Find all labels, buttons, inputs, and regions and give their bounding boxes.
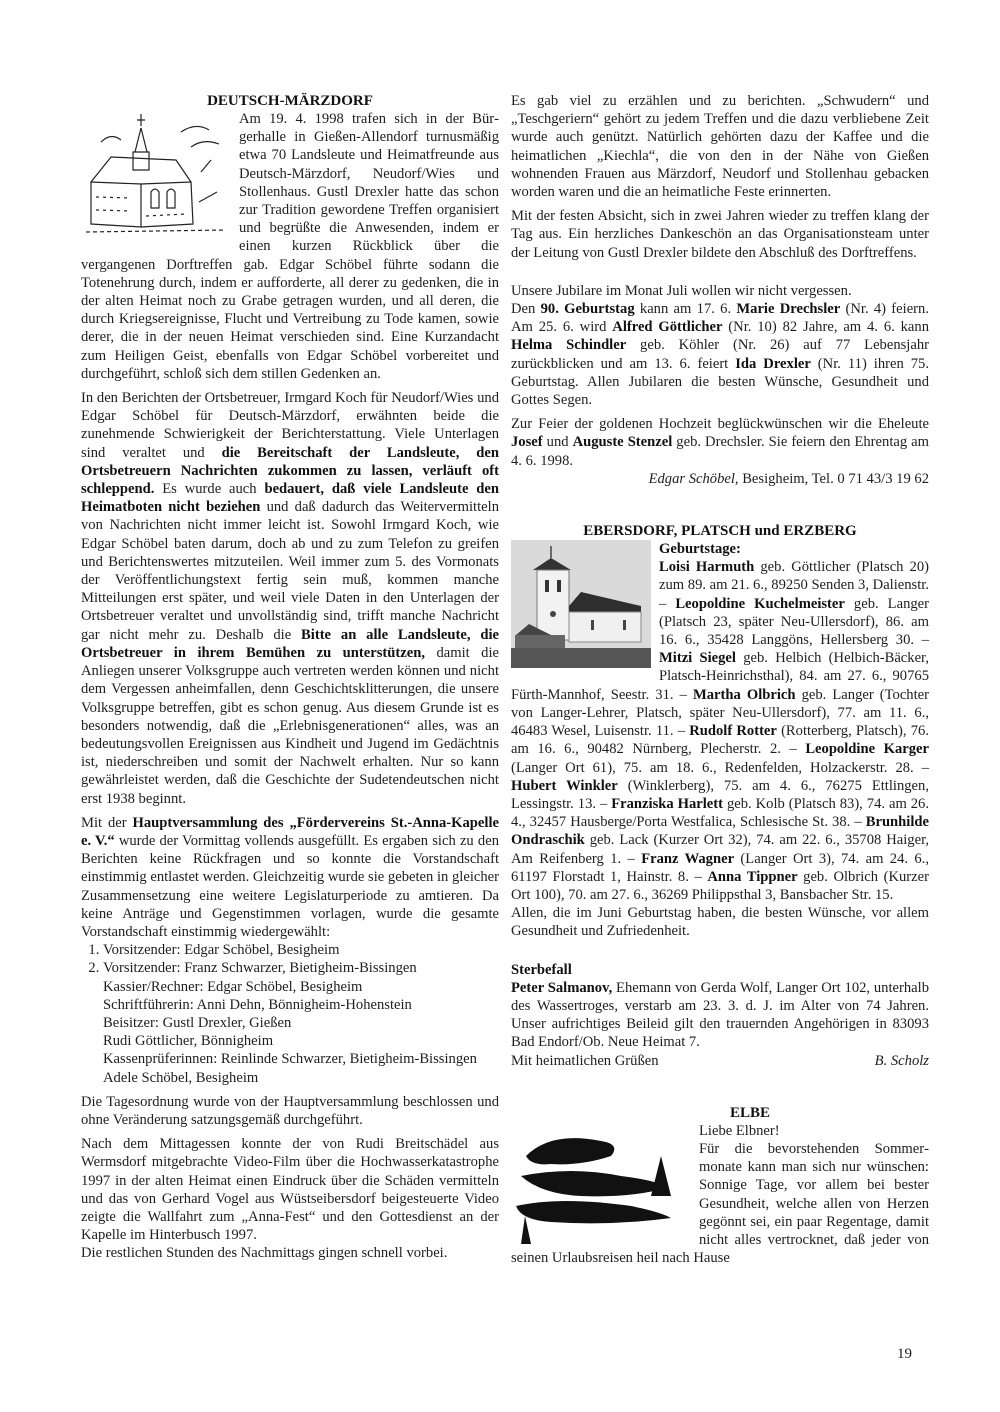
list-item: Kassier/Rechner: Edgar Schöbel, Besighei… bbox=[103, 978, 499, 996]
signature-scholz: Mit heimatlichen GrüßenB. Scholz bbox=[511, 1052, 929, 1070]
paragraph-stories: Es gab viel zu erzählen und zu berichten… bbox=[511, 92, 929, 201]
paragraph-death-notice: Peter Salmanov, Ehemann von Gerda Wolf, … bbox=[511, 979, 929, 1052]
paragraph-birthday-wishes: Allen, die im Juni Geburtstag haben, die… bbox=[511, 904, 929, 940]
list-item: Kassenprüferinnen: Reinlinde Schwarzer, … bbox=[103, 1050, 499, 1068]
death-heading: Sterbefall bbox=[511, 961, 929, 979]
section-heading-elbe: ELBE bbox=[511, 1104, 929, 1122]
paragraph-golden-wedding: Zur Feier der goldenen Hochzeit beglückw… bbox=[511, 415, 929, 470]
paragraph-closing: Die restlichen Stunden des Nachmittags g… bbox=[81, 1244, 499, 1262]
section-heading-ebersdorf: EBERSDORF, PLATSCH und ERZBERG bbox=[511, 522, 929, 540]
paragraph-assembly: Mit der Hauptversammlung des „Fördervere… bbox=[81, 814, 499, 941]
paragraph-reports: In den Berichten der Ortsbetreuer, Irmga… bbox=[81, 389, 499, 808]
landscape-sketch-image bbox=[511, 1126, 691, 1246]
paragraph-agenda: Die Tagesordnung wurde von der Hauptvers… bbox=[81, 1093, 499, 1129]
signature-schoebel: Edgar Schöbel, Besigheim, Tel. 0 71 43/3… bbox=[511, 470, 929, 488]
list-item: Vorsitzender: Edgar Schöbel, Besigheim bbox=[103, 941, 499, 959]
paragraph-farewell: Mit der festen Absicht, sich in zwei Jah… bbox=[511, 207, 929, 262]
left-column: DEUTSCH-MÄRZDORF Am 19. 4. 1998 trafen s… bbox=[81, 92, 499, 1269]
list-item: Vorsitzender: Franz Schwarzer, Bietighei… bbox=[103, 959, 499, 977]
board-list: Vorsitzender: Edgar Schöbel, Besigheim V… bbox=[81, 941, 499, 977]
list-item: Beisitzer: Gustl Drexler, Gießen bbox=[103, 1014, 499, 1032]
list-item: Rudi Göttlicher, Bönnigheim bbox=[103, 1032, 499, 1050]
paragraph-jubilees: Den 90. Geburtstag kann am 17. 6. Marie … bbox=[511, 300, 929, 409]
church-sketch-image bbox=[81, 112, 231, 237]
right-column: Es gab viel zu erzählen und zu berichten… bbox=[511, 92, 929, 1273]
list-item: Schriftführerin: Anni Dehn, Bönnigheim-H… bbox=[103, 996, 499, 1014]
church-photo bbox=[511, 540, 651, 668]
paragraph-afternoon: Nach dem Mittagessen konnte der von Rudi… bbox=[81, 1135, 499, 1244]
jubilee-intro: Unsere Jubilare im Monat Juli wollen wir… bbox=[511, 282, 929, 300]
board-members: Kassier/Rechner: Edgar Schöbel, Besighei… bbox=[81, 978, 499, 1087]
list-item: Adele Schöbel, Besigheim bbox=[103, 1069, 499, 1087]
page-number: 19 bbox=[897, 1346, 912, 1363]
section-heading-deutsch-maerzdorf: DEUTSCH-MÄRZDORF bbox=[81, 92, 499, 110]
